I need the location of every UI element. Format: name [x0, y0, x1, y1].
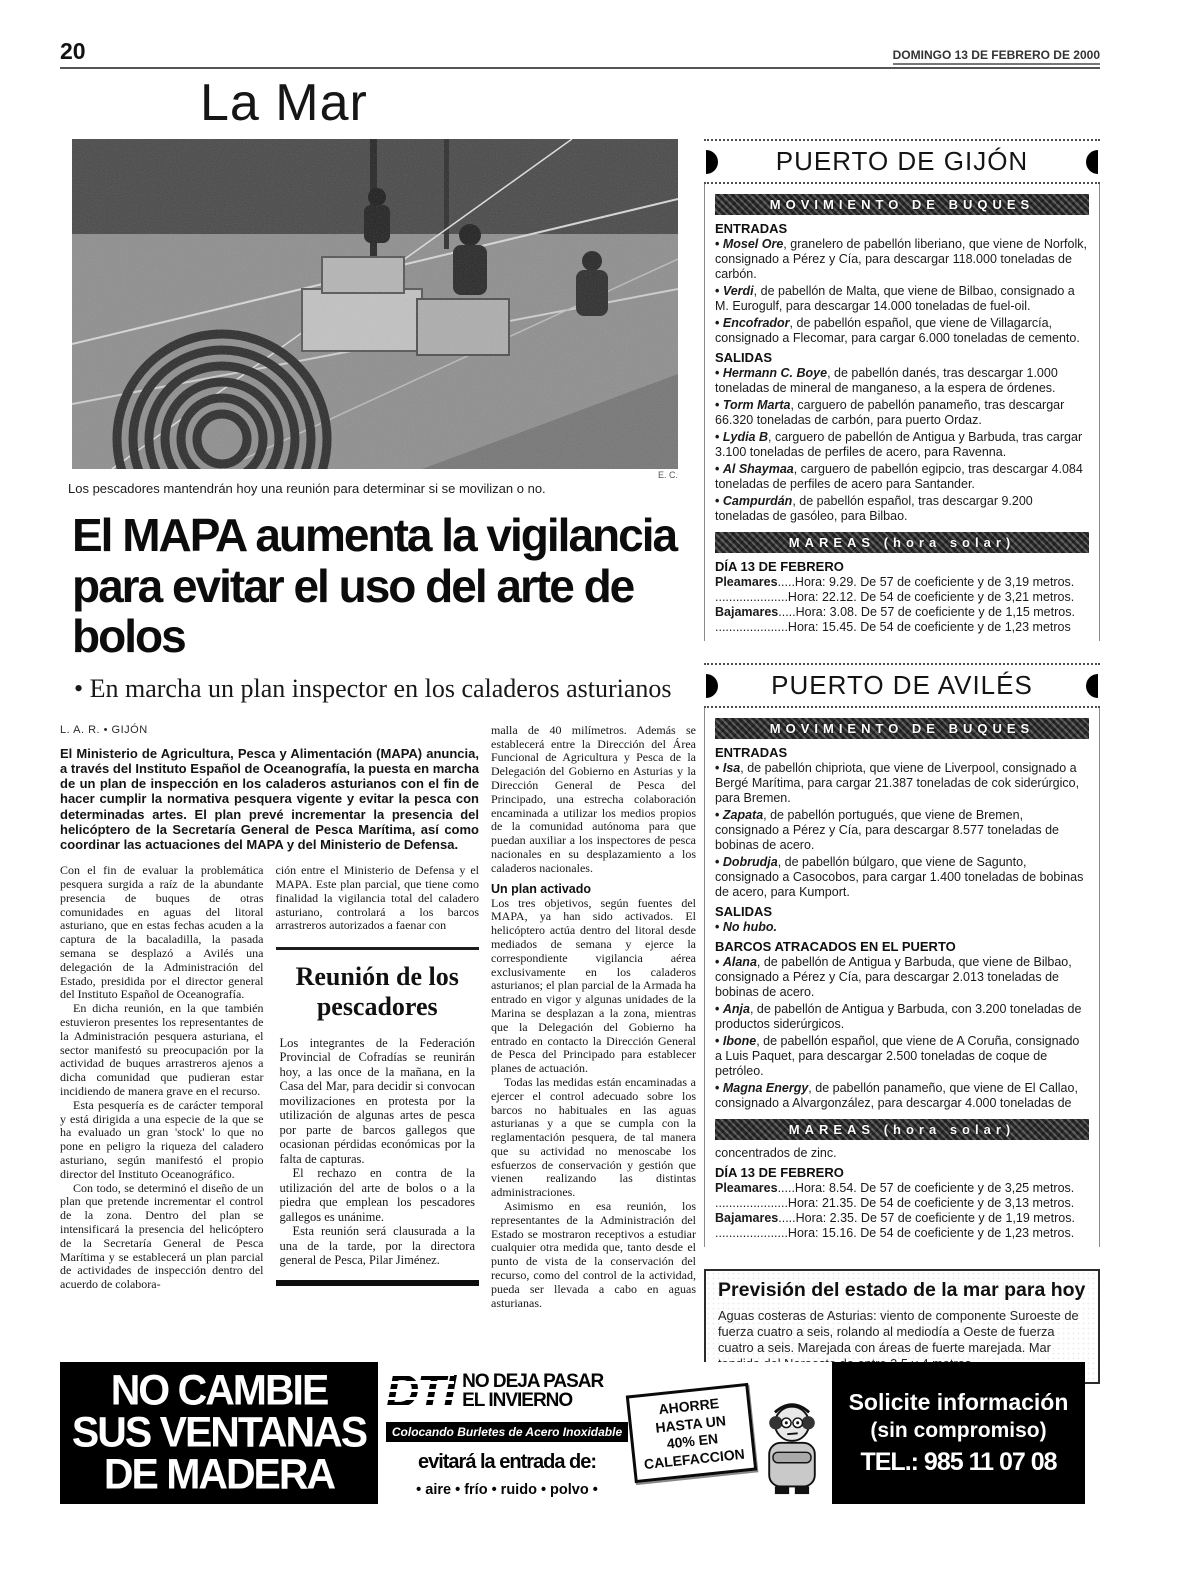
page-content: 20 DOMINGO 13 DE FEBRERO DE 2000 La Mar	[60, 38, 1100, 1384]
section-title: La Mar	[200, 73, 1100, 133]
puerto-gijon-section: PUERTO DE GIJÓN MOVIMIENTO DE BUQUES ENT…	[704, 139, 1100, 641]
ad-benefit-title: evitará la entrada de:	[386, 1451, 628, 1474]
article-column-3-rest: Los tres objetivos, según fuentes del MA…	[491, 897, 696, 1311]
ship-entry: No hubo.	[715, 920, 1089, 935]
masthead: 20 DOMINGO 13 DE FEBRERO DE 2000 La Mar	[60, 38, 1100, 133]
ship-name: Dobrudja	[723, 855, 778, 869]
ship-entry: Encofrador, de pabellón español, que vie…	[715, 316, 1089, 346]
ad-sign-area: AHORREHASTA UN40% ENCALEFACCION	[632, 1362, 752, 1504]
ship-entry: Magna Energy, de pabellón panameño, que …	[715, 1081, 1089, 1111]
ship-detail: , de pabellón portugués, que viene de Br…	[715, 808, 1059, 852]
half-moon-left-icon	[706, 150, 718, 174]
ad-headline-line: SUS VENTANAS	[72, 1411, 366, 1455]
masthead-row: 20 DOMINGO 13 DE FEBRERO DE 2000	[60, 38, 1100, 69]
news-photo	[72, 139, 678, 469]
salidas-label: SALIDAS	[715, 904, 1089, 919]
tide-row: Pleamares.....Hora: 8.54. De 57 de coefi…	[715, 1181, 1089, 1196]
ship-entry: Lydia B, carguero de pabellón de Antigua…	[715, 430, 1089, 460]
ship-entry: Anja, de pabellón de Antigua y Barbuda, …	[715, 1002, 1089, 1032]
ship-detail: , de pabellón de Antigua y Barbuda, que …	[715, 955, 1072, 999]
article-column: E. C. Los pescadores mantendrán hoy una …	[60, 139, 696, 1384]
newspaper-page: 20 DOMINGO 13 DE FEBRERO DE 2000 La Mar	[0, 0, 1200, 1575]
paragraph: Esta pesquería es de carácter temporal y…	[60, 1099, 264, 1182]
tide-row: .....................Hora: 21.35. De 54 …	[715, 1196, 1089, 1211]
gijon-tides-list: Pleamares.....Hora: 9.29. De 57 de coefi…	[715, 575, 1089, 635]
ship-name: Magna Energy	[723, 1081, 808, 1095]
inline-subhead: Un plan activado	[491, 882, 696, 896]
half-moon-right-icon	[1086, 674, 1098, 698]
puerto-aviles-section: PUERTO DE AVILÉS MOVIMIENTO DE BUQUES EN…	[704, 663, 1100, 1247]
ship-entry: Isa, de pabellón chipriota, que viene de…	[715, 761, 1089, 806]
ship-name: No hubo.	[723, 920, 777, 934]
ad-headline-block: NO CAMBIESUS VENTANASDE MADERA	[60, 1362, 378, 1504]
ship-detail: , carguero de pabellón de Antigua y Barb…	[715, 430, 1082, 459]
ad-contact-line: (sin compromiso)	[870, 1419, 1046, 1443]
ship-detail: , de pabellón de Malta, que viene de Bil…	[715, 284, 1075, 313]
ad-headline-line: NO CAMBIE	[111, 1369, 328, 1413]
puerto-aviles-title: PUERTO DE AVILÉS	[718, 670, 1086, 701]
half-moon-right-icon	[1086, 150, 1098, 174]
cold-person-cartoon-icon	[754, 1392, 830, 1504]
puerto-gijon-body: MOVIMIENTO DE BUQUES ENTRADAS Mosel Ore,…	[704, 184, 1100, 641]
tide-label: Bajamares	[715, 605, 778, 619]
tide-row: Bajamares.....Hora: 2.35. De 57 de coefi…	[715, 1211, 1089, 1226]
ship-name: Alana	[723, 955, 757, 969]
ship-entry: Ibone, de pabellón español, que viene de…	[715, 1034, 1089, 1079]
photo-caption: Los pescadores mantendrán hoy una reunió…	[68, 481, 696, 496]
puerto-aviles-header: PUERTO DE AVILÉS	[704, 663, 1100, 708]
forecast-title: Previsión del estado de la mar para hoy	[718, 1279, 1086, 1302]
paragraph: Asimismo en esa reunión, los representan…	[491, 1200, 696, 1310]
paragraph: El rechazo en contra de la utilización d…	[280, 1166, 476, 1224]
ad-logo-row: DTI NO DEJA PASAR EL INVIERNO	[386, 1368, 628, 1414]
ad-discount-sign: AHORREHASTA UN40% ENCALEFACCION	[626, 1383, 758, 1483]
sidebar-title: Reunión de los pescadores	[280, 962, 476, 1022]
ship-entry: Verdi, de pabellón de Malta, que viene d…	[715, 284, 1089, 314]
advertisement-banner: NO CAMBIESUS VENTANASDE MADERA DTI NO DE…	[60, 1362, 1085, 1504]
tide-detail: .....Hora: 2.35. De 57 de coeficiente y …	[778, 1211, 1075, 1225]
aviles-atracados-list: Alana, de pabellón de Antigua y Barbuda,…	[715, 955, 1089, 1111]
ship-detail: , de pabellón español, que viene de A Co…	[715, 1034, 1079, 1078]
main-layout: E. C. Los pescadores mantendrán hoy una …	[60, 139, 1100, 1384]
movimiento-buques-banner: MOVIMIENTO DE BUQUES	[715, 194, 1089, 215]
ship-name: Verdi	[723, 284, 754, 298]
ad-benefit-list: • aire • frío • ruido • polvo •	[386, 1482, 628, 1498]
reunion-sidebar-box: Reunión de los pescadores Los integrante…	[276, 947, 480, 1286]
ship-entry: Mosel Ore, granelero de pabellón liberia…	[715, 237, 1089, 282]
atracados-label: BARCOS ATRACADOS EN EL PUERTO	[715, 939, 1089, 954]
page-number: 20	[60, 38, 86, 65]
ship-entry: Dobrudja, de pabellón búlgaro, que viene…	[715, 855, 1089, 900]
ship-name: Mosel Ore	[723, 237, 783, 251]
tide-label: Pleamares	[715, 1181, 778, 1195]
ad-cartoon-figure	[752, 1362, 832, 1504]
ship-name: Campurdán	[723, 494, 792, 508]
day-label: DÍA 13 DE FEBRERO	[715, 559, 1089, 574]
entradas-label: ENTRADAS	[715, 221, 1089, 236]
gijon-entradas-list: Mosel Ore, granelero de pabellón liberia…	[715, 237, 1089, 346]
ship-name: Lydia B	[723, 430, 768, 444]
paragraph: Esta reunión será clausurada a la una de…	[280, 1224, 476, 1268]
half-moon-left-icon	[706, 674, 718, 698]
ship-detail: , de pabellón chipriota, que viene de Li…	[715, 761, 1079, 805]
ad-headline-line: DE MADERA	[104, 1453, 334, 1497]
tide-detail: .....Hora: 8.54. De 57 de coeficiente y …	[778, 1181, 1075, 1195]
ship-name: Encofrador	[723, 316, 790, 330]
puerto-gijon-header: PUERTO DE GIJÓN	[704, 139, 1100, 184]
news-photo-illustration	[72, 139, 678, 469]
ad-subheader-bar: Colocando Burletes de Acero Inoxidable	[386, 1422, 628, 1442]
article-left-block: L. A. R. • GIJÓN El Ministerio de Agricu…	[60, 724, 479, 1311]
ship-name: Zapata	[723, 808, 763, 822]
ship-name: Ibone	[723, 1034, 756, 1048]
paragraph: ción entre el Ministerio de Defensa y el…	[276, 864, 480, 933]
mareas-banner: MAREAS (hora solar)	[715, 532, 1089, 553]
salidas-label: SALIDAS	[715, 350, 1089, 365]
ad-slogan: NO DEJA PASAR EL INVIERNO	[462, 1372, 603, 1410]
tide-detail: .....................Hora: 21.35. De 54 …	[715, 1196, 1074, 1210]
paragraph: malla de 40 milímetros. Además se establ…	[491, 724, 696, 876]
continuation-line: concentrados de zinc.	[715, 1146, 1089, 1161]
subhead: En marcha un plan inspector en los calad…	[74, 674, 696, 704]
ad-phone-number: TEL.: 985 11 07 08	[860, 1446, 1056, 1477]
ship-entry: Alana, de pabellón de Antigua y Barbuda,…	[715, 955, 1089, 1000]
article-two-columns: Con el fin de evaluar la problemática pe…	[60, 864, 479, 1292]
paragraph: Todas las medidas están encaminadas a ej…	[491, 1076, 696, 1200]
ship-name: Isa	[723, 761, 740, 775]
photo-credit: E. C.	[60, 470, 678, 480]
ship-name: Anja	[723, 1002, 750, 1016]
movimiento-buques-banner: MOVIMIENTO DE BUQUES	[715, 718, 1089, 739]
tide-detail: .....................Hora: 15.45. De 54 …	[715, 620, 1071, 634]
tide-row: .....................Hora: 15.16. De 54 …	[715, 1226, 1089, 1241]
tide-detail: .....Hora: 9.29. De 57 de coeficiente y …	[778, 575, 1075, 589]
aviles-salidas-list: No hubo.	[715, 920, 1089, 935]
article-body: L. A. R. • GIJÓN El Ministerio de Agricu…	[60, 724, 696, 1311]
byline: L. A. R. • GIJÓN	[60, 724, 479, 736]
ship-entry: Torm Marta, carguero de pabellón panameñ…	[715, 398, 1089, 428]
entradas-label: ENTRADAS	[715, 745, 1089, 760]
paragraph: Con todo, se determinó el diseño de un p…	[60, 1182, 264, 1292]
ship-detail: , de pabellón de Antigua y Barbuda, con …	[715, 1002, 1081, 1031]
gijon-salidas-list: Hermann C. Boye, de pabellón danés, tras…	[715, 366, 1089, 524]
paragraph: Los tres objetivos, según fuentes del MA…	[491, 897, 696, 1076]
sidebar-paragraphs: Los integrantes de la Federación Provinc…	[280, 1036, 476, 1268]
paragraph: Los integrantes de la Federación Provinc…	[280, 1036, 476, 1167]
tide-detail: .....................Hora: 22.12. De 54 …	[715, 590, 1074, 604]
ad-contact-line: Solicite información	[849, 1389, 1069, 1416]
ship-entry: Al Shaymaa, carguero de pabellón egipcio…	[715, 462, 1089, 492]
aviles-tides-list: Pleamares.....Hora: 8.54. De 57 de coefi…	[715, 1181, 1089, 1241]
ad-middle-panel: DTI NO DEJA PASAR EL INVIERNO Colocando …	[378, 1362, 632, 1504]
tide-label: Bajamares	[715, 1211, 778, 1225]
puerto-aviles-body: MOVIMIENTO DE BUQUES ENTRADAS Isa, de pa…	[704, 708, 1100, 1247]
article-column-1: Con el fin de evaluar la problemática pe…	[60, 864, 264, 1292]
paragraph: En dicha reunión, en la que también estu…	[60, 1002, 264, 1099]
puerto-gijon-title: PUERTO DE GIJÓN	[718, 146, 1086, 177]
paragraph: Con el fin de evaluar la problemática pe…	[60, 864, 264, 1002]
aviles-entradas-list: Isa, de pabellón chipriota, que viene de…	[715, 761, 1089, 900]
ports-column: PUERTO DE GIJÓN MOVIMIENTO DE BUQUES ENT…	[704, 139, 1100, 1384]
ad-slogan-line: EL INVIERNO	[462, 1391, 603, 1410]
day-label: DÍA 13 DE FEBRERO	[715, 1165, 1089, 1180]
ship-name: Al Shaymaa	[723, 462, 794, 476]
tide-row: Pleamares.....Hora: 9.29. De 57 de coefi…	[715, 575, 1089, 590]
tide-row: .....................Hora: 15.45. De 54 …	[715, 620, 1089, 635]
tide-label: Pleamares	[715, 575, 778, 589]
tide-row: Bajamares.....Hora: 3.08. De 57 de coefi…	[715, 605, 1089, 620]
ship-name: Hermann C. Boye	[723, 366, 827, 380]
page-date: DOMINGO 13 DE FEBRERO DE 2000	[893, 48, 1100, 65]
ad-slogan-line: NO DEJA PASAR	[462, 1372, 603, 1391]
article-column-3: malla de 40 milímetros. Además se establ…	[491, 724, 696, 1311]
article-column-2: ción entre el Ministerio de Defensa y el…	[276, 864, 480, 1292]
ship-entry: Hermann C. Boye, de pabellón danés, tras…	[715, 366, 1089, 396]
ship-entry: Campurdán, de pabellón español, tras des…	[715, 494, 1089, 524]
tide-detail: .....Hora: 3.08. De 57 de coeficiente y …	[778, 605, 1075, 619]
ship-name: Torm Marta	[723, 398, 791, 412]
tide-detail: .....................Hora: 15.16. De 54 …	[715, 1226, 1074, 1240]
headline: El MAPA aumenta la vigilancia para evita…	[72, 510, 696, 662]
mareas-banner: MAREAS (hora solar)	[715, 1119, 1089, 1140]
ad-contact-block: Solicite información (sin compromiso) TE…	[832, 1362, 1085, 1504]
dti-logo: DTI	[386, 1368, 454, 1414]
lead-paragraph: El Ministerio de Agricultura, Pesca y Al…	[60, 746, 479, 852]
ship-entry: Zapata, de pabellón portugués, que viene…	[715, 808, 1089, 853]
tide-row: .....................Hora: 22.12. De 54 …	[715, 590, 1089, 605]
